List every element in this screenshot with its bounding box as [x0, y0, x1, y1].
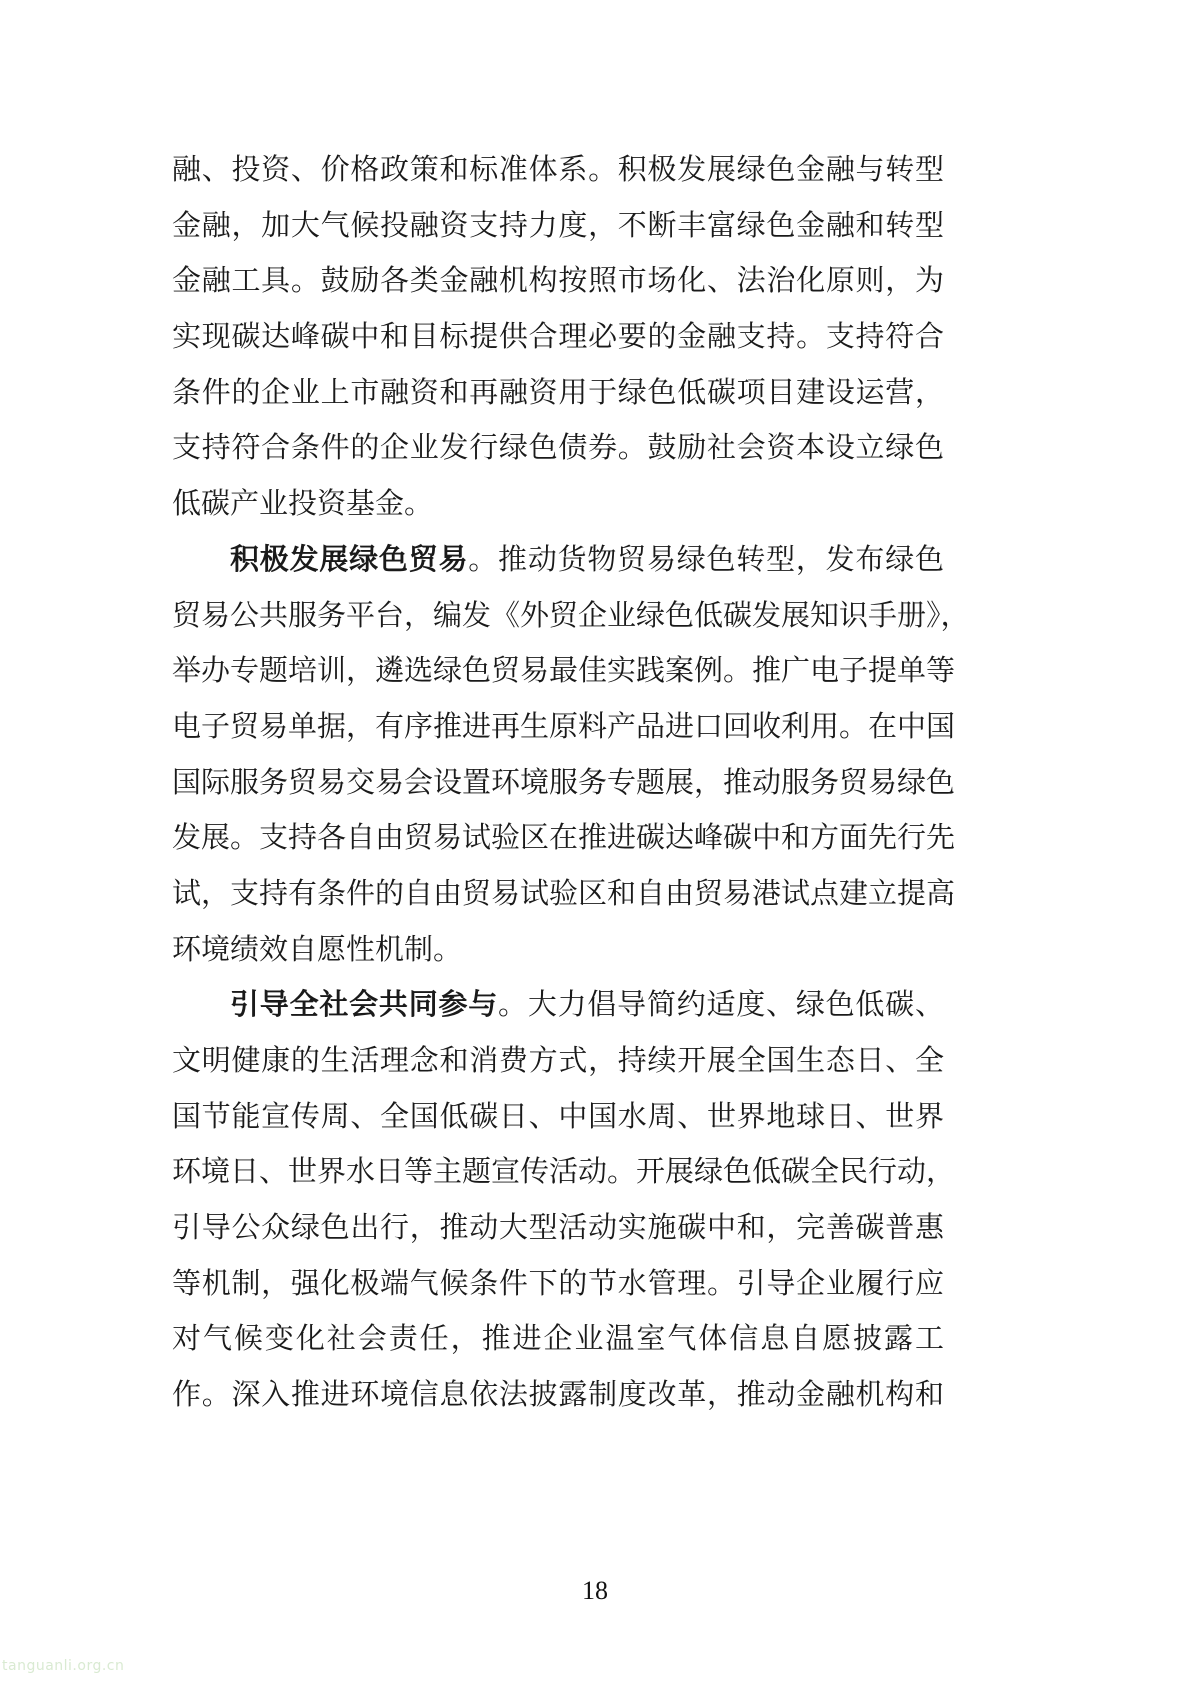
text-line: 积极发展绿色贸易。推动货物贸易绿色转型，发布绿色	[172, 532, 944, 588]
text-line: 对气候变化社会责任，推进企业温室气体信息自愿披露工	[172, 1311, 944, 1367]
page-number: 18	[0, 1576, 1190, 1606]
text-line: 环境绩效自愿性机制。	[172, 922, 944, 978]
text-span: 。推动货物贸易绿色转型，发布绿色	[468, 542, 944, 576]
text-line: 试，支持有条件的自由贸易试验区和自由贸易港试点建立提高	[172, 866, 944, 922]
paragraph-lead-heading: 积极发展绿色贸易	[230, 542, 468, 576]
text-line: 实现碳达峰碳中和目标提供合理必要的金融支持。支持符合	[172, 309, 944, 365]
paragraph-lead-heading: 引导全社会共同参与	[230, 987, 498, 1021]
body-text: 融、投资、价格政策和标准体系。积极发展绿色金融与转型 金融，加大气候投融资支持力…	[172, 142, 944, 1423]
text-line: 文明健康的生活理念和消费方式，持续开展全国生态日、全	[172, 1033, 944, 1089]
text-line: 发展。支持各自由贸易试验区在推进碳达峰碳中和方面先行先	[172, 810, 944, 866]
text-line: 贸易公共服务平台，编发《外贸企业绿色低碳发展知识手册》，	[172, 588, 944, 644]
paragraph-society-participation: 引导全社会共同参与。大力倡导简约适度、绿色低碳、 文明健康的生活理念和消费方式，…	[172, 977, 944, 1423]
text-line: 金融，加大气候投融资支持力度，不断丰富绿色金融和转型	[172, 198, 944, 254]
text-line: 引导全社会共同参与。大力倡导简约适度、绿色低碳、	[172, 977, 944, 1033]
text-span: 。大力倡导简约适度、绿色低碳、	[498, 987, 944, 1021]
paragraph-green-trade: 积极发展绿色贸易。推动货物贸易绿色转型，发布绿色 贸易公共服务平台，编发《外贸企…	[172, 532, 944, 978]
watermark: tanguanli.org.cn	[2, 1658, 124, 1674]
paragraph-green-finance: 融、投资、价格政策和标准体系。积极发展绿色金融与转型 金融，加大气候投融资支持力…	[172, 142, 944, 532]
text-line: 融、投资、价格政策和标准体系。积极发展绿色金融与转型	[172, 142, 944, 198]
text-line: 金融工具。鼓励各类金融机构按照市场化、法治化原则，为	[172, 253, 944, 309]
document-page: 融、投资、价格政策和标准体系。积极发展绿色金融与转型 金融，加大气候投融资支持力…	[0, 0, 1190, 1684]
text-line: 条件的企业上市融资和再融资用于绿色低碳项目建设运营，	[172, 365, 944, 421]
text-line: 环境日、世界水日等主题宣传活动。开展绿色低碳全民行动，	[172, 1144, 944, 1200]
text-line: 电子贸易单据，有序推进再生原料产品进口回收利用。在中国	[172, 699, 944, 755]
text-line: 低碳产业投资基金。	[172, 476, 944, 532]
text-line: 支持符合条件的企业发行绿色债券。鼓励社会资本设立绿色	[172, 420, 944, 476]
text-line: 国际服务贸易交易会设置环境服务专题展，推动服务贸易绿色	[172, 755, 944, 811]
text-line: 国节能宣传周、全国低碳日、中国水周、世界地球日、世界	[172, 1089, 944, 1145]
text-line: 等机制，强化极端气候条件下的节水管理。引导企业履行应	[172, 1256, 944, 1312]
text-line: 引导公众绿色出行，推动大型活动实施碳中和，完善碳普惠	[172, 1200, 944, 1256]
text-line: 作。深入推进环境信息依法披露制度改革，推动金融机构和	[172, 1367, 944, 1423]
text-line: 举办专题培训，遴选绿色贸易最佳实践案例。推广电子提单等	[172, 643, 944, 699]
